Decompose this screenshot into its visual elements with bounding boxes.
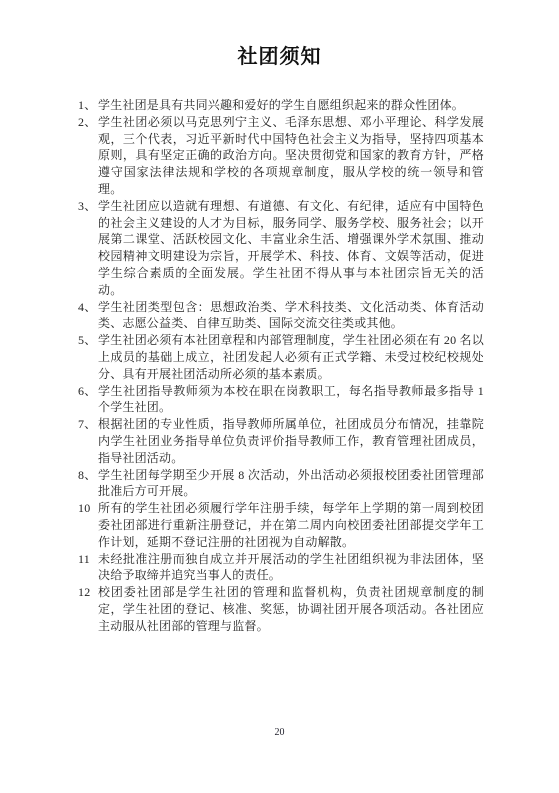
item-number: 7、 xyxy=(78,416,98,433)
item-text: 所有的学生社团必须履行学年注册手续，每学年上学期的第一周到校团委社团部进行重新注… xyxy=(98,501,484,549)
item-text: 学生社团每学期至少开展 8 次活动，外出活动必须报校团委社团管理部批准后方可开展… xyxy=(98,468,484,499)
list-item: 4、 学生社团类型包含：思想政治类、学术科技类、文化活动类、体育活动类、志愿公益… xyxy=(78,299,484,333)
item-text: 学生社团应以造就有理想、有道德、有文化、有纪律，适应有中国特色的社会主义建设的人… xyxy=(98,199,484,297)
list-item: 1、 学生社团是具有共同兴趣和爱好的学生自愿组织起来的群众性团体。 xyxy=(78,97,484,114)
item-number: 12 xyxy=(78,584,98,601)
item-number: 6、 xyxy=(78,383,98,400)
list-item: 6、 学生社团指导教师须为本校在职在岗教职工，每名指导教师最多指导 1 个学生社… xyxy=(78,383,484,417)
item-number: 1、 xyxy=(78,97,98,114)
item-text: 根据社团的专业性质，指导教师所属单位，社团成员分布情况，挂靠院内学生社团业务指导… xyxy=(98,417,484,465)
item-text: 未经批准注册而独自成立并开展活动的学生社团组织视为非法团体，坚决给予取缔并追究当… xyxy=(98,552,484,583)
list-item: 3、 学生社团应以造就有理想、有道德、有文化、有纪律，适应有中国特色的社会主义建… xyxy=(78,198,484,299)
page-title: 社团须知 xyxy=(0,40,559,69)
notice-list: 1、 学生社团是具有共同兴趣和爱好的学生自愿组织起来的群众性团体。 2、 学生社… xyxy=(78,97,484,635)
list-item: 12 校团委社团部是学生社团的管理和监督机构，负责社团规章制度的制定，学生社团的… xyxy=(78,584,484,634)
list-item: 7、 根据社团的专业性质，指导教师所属单位，社团成员分布情况，挂靠院内学生社团业… xyxy=(78,416,484,466)
item-text: 学生社团类型包含：思想政治类、学术科技类、文化活动类、体育活动类、志愿公益类、自… xyxy=(98,300,484,331)
item-number: 8、 xyxy=(78,467,98,484)
item-number: 11 xyxy=(78,551,98,568)
document-page: 社团须知 1、 学生社团是具有共同兴趣和爱好的学生自愿组织起来的群众性团体。 2… xyxy=(0,0,559,793)
list-item: 5、 学生社团必须有本社团章程和内部管理制度，学生社团必须在有 20 名以上成员… xyxy=(78,332,484,382)
item-number: 3、 xyxy=(78,198,98,215)
item-text: 校团委社团部是学生社团的管理和监督机构，负责社团规章制度的制定，学生社团的登记、… xyxy=(98,585,484,633)
item-text: 学生社团是具有共同兴趣和爱好的学生自愿组织起来的群众性团体。 xyxy=(98,98,464,112)
item-number: 5、 xyxy=(78,332,98,349)
list-item: 10 所有的学生社团必须履行学年注册手续，每学年上学期的第一周到校团委社团部进行… xyxy=(78,500,484,550)
item-text: 学生社团必须以马克思列宁主义、毛泽东思想、邓小平理论、科学发展观，三个代表，习近… xyxy=(98,115,484,196)
item-number: 2、 xyxy=(78,114,98,131)
item-number: 4、 xyxy=(78,299,98,316)
page-number: 20 xyxy=(0,727,559,738)
item-number: 10 xyxy=(78,500,98,517)
list-item: 11 未经批准注册而独自成立并开展活动的学生社团组织视为非法团体，坚决给予取缔并… xyxy=(78,551,484,585)
list-item: 2、 学生社团必须以马克思列宁主义、毛泽东思想、邓小平理论、科学发展观，三个代表… xyxy=(78,114,484,198)
item-text: 学生社团指导教师须为本校在职在岗教职工，每名指导教师最多指导 1 个学生社团。 xyxy=(98,384,484,415)
list-item: 8、 学生社团每学期至少开展 8 次活动，外出活动必须报校团委社团管理部批准后方… xyxy=(78,467,484,501)
item-text: 学生社团必须有本社团章程和内部管理制度，学生社团必须在有 20 名以上成员的基础… xyxy=(98,333,484,381)
